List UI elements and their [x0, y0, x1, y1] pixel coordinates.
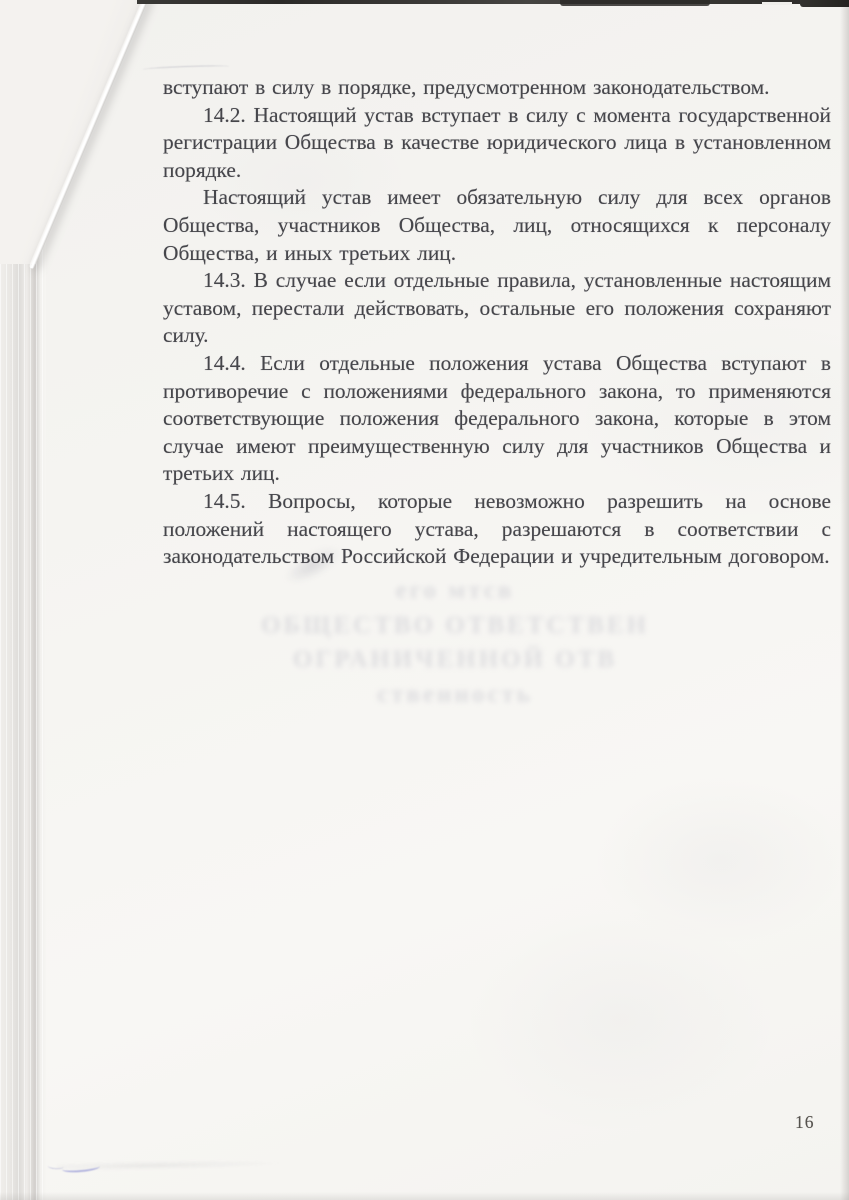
ghost-stamp-line: ОБЩЕСТВО ОТВЕТСТВЕН [235, 609, 675, 644]
ghost-stamp-line: его мтсв [235, 574, 675, 609]
paragraph-14-2-note: Настоящий устав имеет обязательную силу … [163, 184, 831, 267]
scan-edge-artifact-right [840, 0, 849, 1200]
scan-edge-artifact-bottom [0, 1192, 849, 1200]
paragraph-14-2: 14.2. Настоящий устав вступает в силу с … [163, 102, 831, 185]
paragraph-14-4: 14.4. Если отдельные положения устава Об… [163, 350, 831, 488]
ghost-stamp-line: ОГРАНИЧЕННОЙ ОТВ [235, 643, 675, 678]
page-number: 16 [795, 1112, 815, 1133]
charter-section-14-text: вступают в силу в порядке, предусмотренн… [163, 74, 831, 571]
ghost-stamp: его мтсв ОБЩЕСТВО ОТВЕТСТВЕН ОГРАНИЧЕННО… [235, 574, 675, 712]
ghost-stamp-line: ственность [235, 678, 675, 713]
paragraph-14-3: 14.3. В случае если отдельные правила, у… [163, 267, 831, 350]
scan-edge-artifact-top-right [800, 0, 849, 7]
scan-edge-artifact-top [137, 0, 849, 4]
paragraph-14-1-continuation: вступают в силу в порядке, предусмотренн… [163, 74, 831, 102]
pencil-smudge [143, 65, 229, 72]
scan-edge-artifact-top-gap [762, 2, 792, 5]
paragraph-14-5: 14.5. Вопросы, которые невозможно разреш… [163, 488, 831, 571]
scan-edge-artifact-top-mid [560, 0, 710, 6]
scanned-page: вступают в силу в порядке, предусмотренн… [0, 0, 849, 1200]
